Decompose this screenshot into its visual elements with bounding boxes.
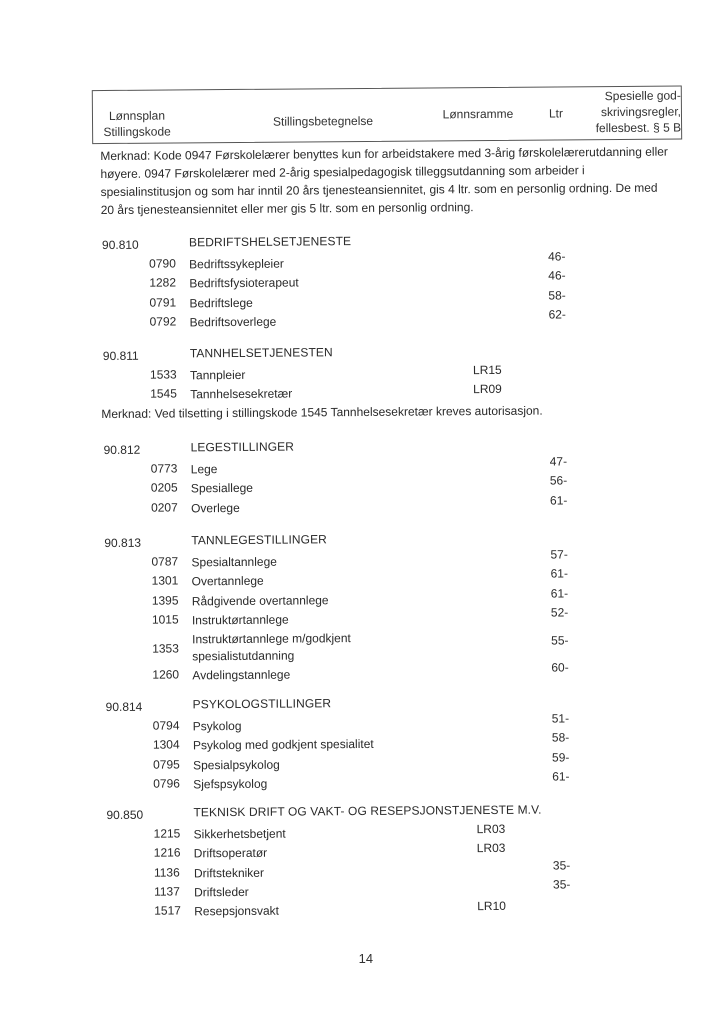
section-title: TANNLEGESTILLINGER <box>191 532 327 547</box>
position-name: Overlege <box>191 500 240 517</box>
position-name: Sjefspsykolog <box>193 776 267 794</box>
position-name: Spesialtannlege <box>191 554 277 572</box>
page-number: 14 <box>359 951 374 966</box>
header-stillingsbetegnelse: Stillingsbetegnelse <box>253 113 393 130</box>
position-name-line: Spesialtannlege <box>191 554 277 572</box>
position-name: Driftsleder <box>194 884 249 901</box>
position-code: 1301 <box>152 574 179 588</box>
position-name-line: Psykolog med godkjent spesialitet <box>193 736 374 754</box>
header-lonnsramme: Lønnsramme <box>433 106 523 123</box>
position-code: 0792 <box>150 314 177 328</box>
position-name-line: Driftsoperatør <box>194 845 267 863</box>
salary-step: 35- <box>553 858 570 872</box>
table-row: 1517ResepsjonsvaktLR10 <box>107 900 607 923</box>
position-code: 1533 <box>150 367 177 381</box>
position-name: Psykolog med godkjent spesialitet <box>193 736 374 754</box>
position-name: Instruktørtannlege <box>192 611 289 629</box>
top-note: Merknad: Kode 0947 Førskolelærer benytte… <box>100 142 701 219</box>
position-name-line: Tannpleier <box>190 367 246 384</box>
position-code: 0795 <box>153 757 180 771</box>
section-title: LEGESTILLINGER <box>191 440 295 455</box>
position-name-line: Bedriftslege <box>189 294 253 311</box>
section-code: 90.812 <box>104 443 141 457</box>
section-title: TEKNISK DRIFT OG VAKT- OG RESEPSJONSTJEN… <box>193 803 541 820</box>
header-stillingskode-label: Stillingskode <box>97 123 177 140</box>
section-title: PSYKOLOGSTILLINGER <box>193 696 332 711</box>
table-row: 1260Avdelingstannlege60- <box>105 664 605 687</box>
salary-step: 55- <box>551 634 568 648</box>
salary-step: 60- <box>551 661 568 675</box>
position-name: Bedriftslege <box>189 294 253 311</box>
table-row: 1353Instruktørtannlege m/godkjentspesial… <box>105 628 605 668</box>
section-90-850: 90.850TEKNISK DRIFT OG VAKT- OG RESEPSJO… <box>106 804 607 923</box>
salary-step: 47- <box>550 454 567 468</box>
position-name-line: Instruktørtannlege <box>192 611 289 629</box>
position-name-line: Overtannlege <box>192 573 264 591</box>
position-name: Psykolog <box>193 718 242 735</box>
position-name: Instruktørtannlege m/godkjentspesialistu… <box>192 630 351 665</box>
position-code: 1545 <box>150 387 177 401</box>
position-name-line: Psykolog <box>193 718 242 735</box>
header-spesielle-line: Spesielle god- <box>581 87 681 104</box>
position-name: Sikkerhetsbetjent <box>194 826 286 844</box>
salary-frame: LR03 <box>477 841 506 855</box>
position-name: Bedriftsfysioterapeut <box>189 275 299 293</box>
position-code: 1216 <box>154 846 181 860</box>
section-90-814: 90.814PSYKOLOGSTILLINGER0794Psykolog51-1… <box>106 696 607 796</box>
position-name-line: Instruktørtannlege m/godkjent <box>192 630 351 648</box>
salary-step: 46- <box>548 249 565 263</box>
header-ltr: Ltr <box>541 105 571 121</box>
section-code: 90.811 <box>103 349 139 363</box>
section-90-811: 90.811TANNHELSETJENESTEN1533TannpleierLR… <box>103 345 604 421</box>
header-lonnsplan: Lønnsplan Stillingskode <box>97 107 177 140</box>
salary-step: 51- <box>552 711 569 725</box>
salary-step: 61- <box>552 769 569 783</box>
position-name-line: Driftstekniker <box>194 864 264 882</box>
position-code: 1282 <box>149 276 176 290</box>
position-code: 1304 <box>153 738 180 752</box>
salary-step: 46- <box>548 269 565 283</box>
position-name: Spesiallege <box>191 480 253 497</box>
position-name-line: Sjefspsykolog <box>193 776 267 794</box>
position-name: Overtannlege <box>192 573 264 591</box>
salary-step: 56- <box>550 474 567 488</box>
table-row: 0207Overlege61- <box>104 497 604 520</box>
section-code: 90.813 <box>104 536 141 550</box>
section-note: Merknad: Ved tilsetting i stillingskode … <box>101 403 601 421</box>
salary-step: 58- <box>552 731 569 745</box>
section-90-812: 90.812LEGESTILLINGER0773Lege47-0205Spesi… <box>104 439 605 520</box>
position-name-line: Bedriftssykepleier <box>189 256 284 274</box>
note-line: 20 års tjenesteansiennitet eller mer gis… <box>101 196 701 219</box>
salary-step: 52- <box>551 605 568 619</box>
position-code: 0791 <box>149 295 176 309</box>
salary-step: 61- <box>551 586 568 600</box>
salary-step: 57- <box>550 547 567 561</box>
position-name-line: Spesiallege <box>191 480 253 497</box>
position-code: 0773 <box>151 461 178 475</box>
position-code: 1137 <box>154 884 180 898</box>
position-name: Avdelingstannlege <box>192 667 290 685</box>
position-name: Lege <box>191 461 218 478</box>
position-name: Driftstekniker <box>194 864 264 882</box>
position-code: 1395 <box>152 593 179 607</box>
section-90-813: 90.813TANNLEGESTILLINGER0787Spesialtannl… <box>104 532 605 687</box>
salary-step: 58- <box>548 288 565 302</box>
position-name-line: Rådgivende overtannlege <box>192 592 329 610</box>
position-name-line: Overlege <box>191 500 240 517</box>
section-90-810: 90.810BEDRIFTSHELSETJENESTE0790Bedriftss… <box>102 234 603 334</box>
position-name-line: Resepsjonsvakt <box>194 903 279 921</box>
position-name: Bedriftssykepleier <box>189 256 284 274</box>
table-row: 0796Sjefspsykolog61- <box>106 773 606 796</box>
position-code: 1353 <box>152 642 179 656</box>
position-name-line: Avdelingstannlege <box>192 667 290 685</box>
position-code: 1260 <box>152 668 179 682</box>
position-name: Tannhelsesekretær <box>190 386 292 404</box>
section-title: TANNHELSETJENESTEN <box>190 345 333 360</box>
section-title: BEDRIFTSHELSETJENESTE <box>189 234 351 249</box>
document-page: Lønnsplan Stillingskode Stillingsbetegne… <box>0 0 719 1016</box>
position-name-line: Tannhelsesekretær <box>190 386 292 404</box>
table-header: Lønnsplan Stillingskode Stillingsbetegne… <box>92 85 682 144</box>
salary-step: 59- <box>552 750 569 764</box>
position-code: 1015 <box>152 612 179 626</box>
position-name-line: Lege <box>191 461 218 478</box>
position-code: 1215 <box>154 826 181 840</box>
position-code: 0796 <box>153 776 180 790</box>
section-code: 90.810 <box>102 238 139 252</box>
salary-step: 35- <box>553 877 570 891</box>
header-lonnsplan-label: Lønnsplan <box>97 107 177 124</box>
position-name-line: Bedriftsfysioterapeut <box>189 275 299 293</box>
position-code: 0790 <box>149 256 176 270</box>
sections: 90.810BEDRIFTSHELSETJENESTE0790Bedriftss… <box>0 0 715 3</box>
header-spesielle-line: skrivingsregler, <box>581 103 681 120</box>
section-code: 90.850 <box>106 808 143 822</box>
position-name-line: Bedriftsoverlege <box>190 314 277 332</box>
salary-step: 61- <box>550 493 567 507</box>
header-spesielle: Spesielle god- skrivingsregler, fellesbe… <box>581 87 681 136</box>
salary-frame: LR15 <box>473 363 502 377</box>
position-code: 1136 <box>154 865 180 879</box>
position-code: 0207 <box>151 500 178 514</box>
position-name-line: Sikkerhetsbetjent <box>194 826 286 844</box>
header-spesielle-line: fellesbest. § 5 B <box>581 119 681 136</box>
position-name: Rådgivende overtannlege <box>192 592 329 610</box>
position-name-line: Spesialpsykolog <box>193 756 280 774</box>
section-code: 90.814 <box>106 700 143 714</box>
position-code: 0205 <box>151 481 178 495</box>
position-name: Spesialpsykolog <box>193 756 280 774</box>
position-code: 0787 <box>151 554 178 568</box>
position-code: 1517 <box>154 904 181 918</box>
salary-frame: LR10 <box>477 899 506 913</box>
table-row: 0792Bedriftsoverlege62- <box>103 311 603 334</box>
position-code: 0794 <box>153 718 180 732</box>
position-name: Bedriftsoverlege <box>190 314 277 332</box>
position-name: Driftsoperatør <box>194 845 267 863</box>
position-name: Resepsjonsvakt <box>194 903 279 921</box>
salary-step: 62- <box>548 307 565 321</box>
salary-frame: LR09 <box>473 382 502 396</box>
position-name: Tannpleier <box>190 367 246 384</box>
salary-step: 61- <box>551 567 568 581</box>
position-name-line: Driftsleder <box>194 884 249 901</box>
salary-frame: LR03 <box>477 822 506 836</box>
position-name-line: spesialistutdanning <box>192 647 351 665</box>
